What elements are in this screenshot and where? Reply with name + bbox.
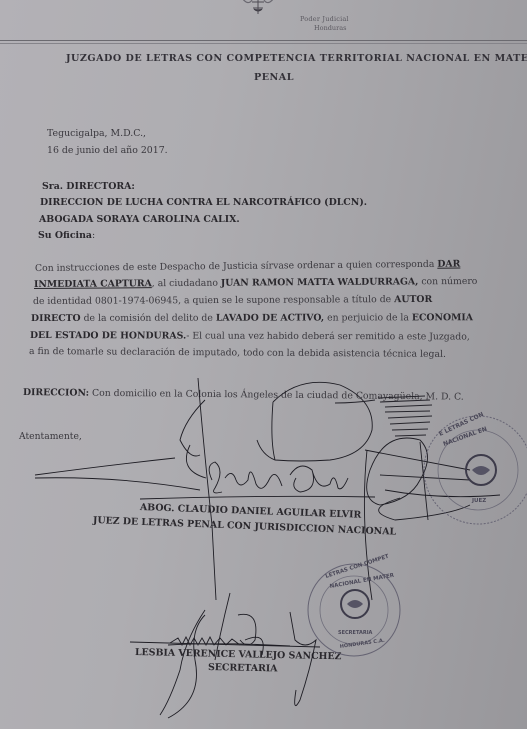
salutation: Sra. DIRECTORA: (42, 181, 135, 192)
svg-text:NACIONAL EN: NACIONAL EN (442, 426, 488, 448)
body-line-5: DEL ESTADO DE HONDURAS.- El cual una vez… (30, 330, 470, 343)
body-text: en perjuicio de la (324, 312, 412, 323)
place: Tegucigalpa, M.D.C., (47, 128, 146, 139)
ink-overlay: E LETRAS CON NACIONAL EN JUEZ LETRAS CON… (0, 0, 527, 729)
address-line: DIRECCION: Con domicilio en la Colonia l… (23, 387, 464, 403)
court-order-document: Poder Judicial Honduras JUZGADO DE LETRA… (0, 0, 527, 729)
body-text: Con instrucciones de este Despacho de Ju… (35, 259, 437, 274)
address-label: DIRECCION: (23, 387, 89, 399)
body-text: - El cual una vez habido deberá ser remi… (186, 331, 470, 343)
victim-cont: DEL ESTADO DE HONDURAS. (30, 330, 186, 342)
subject-name: JUAN RAMON MATTA WALDURRAGA, (221, 276, 419, 288)
charge-role: AUTOR (394, 294, 432, 305)
body-line-2: INMEDIATA CAPTURA, al ciudadano JUAN RAM… (34, 276, 477, 290)
addressee-organization: DIRECCION DE LUCHA CONTRA EL NARCOTRÁFIC… (40, 197, 367, 208)
svg-text:SECRETARIA: SECRETARIA (338, 630, 373, 636)
coat-of-arms-icon (238, 0, 278, 18)
order-keyword: DAR (437, 259, 460, 270)
office-suffix: : (92, 230, 95, 241)
victim: ECONOMIA (412, 312, 473, 323)
institution-country: Honduras (314, 24, 346, 32)
judge-seal-stamp-icon: E LETRAS CON NACIONAL EN JUEZ (424, 411, 527, 524)
svg-text:NACIONAL EN MATER: NACIONAL EN MATER (329, 573, 395, 590)
header-divider (0, 40, 527, 41)
addressee-name: ABOGADA SORAYA CAROLINA CALIX. (39, 214, 240, 225)
secretary-seal-stamp-icon: LETRAS CON COMPET NACIONAL EN MATER SECR… (308, 554, 400, 656)
offense: LAVADO DE ACTIVO, (216, 312, 324, 323)
header-divider-secondary (0, 43, 527, 44)
body-text: con número (418, 276, 477, 287)
addressee-office: Su Oficina: (38, 230, 95, 241)
svg-text:HONDURAS C.A.: HONDURAS C.A. (339, 638, 385, 650)
body-text: de identidad 0801-1974-06945, a quien se… (33, 294, 394, 307)
body-text: , al ciudadano (152, 278, 221, 289)
institution-name: Poder Judicial (300, 15, 349, 23)
svg-text:JUEZ: JUEZ (471, 498, 486, 504)
svg-text:E LETRAS CON: E LETRAS CON (438, 411, 485, 438)
closing: Atentamente, (19, 431, 82, 442)
body-line-3: de identidad 0801-1974-06945, a quien se… (33, 294, 432, 307)
date: 16 de junio del año 2017. (47, 145, 168, 156)
judge-signature-icon (35, 378, 500, 600)
body-line-1: Con instrucciones de este Despacho de Ju… (35, 259, 460, 274)
secretary-name: LESBIA VERENICE VALLEJO SANCHEZ (135, 647, 342, 662)
body-line-4: DIRECTO de la comisión del delito de LAV… (31, 312, 473, 324)
svg-text:LETRAS CON COMPET: LETRAS CON COMPET (325, 554, 390, 580)
charge-role-cont: DIRECTO (31, 313, 81, 324)
court-heading-line2: PENAL (254, 72, 294, 83)
body-line-6: a fin de tomarle su declaración de imput… (29, 346, 446, 360)
address-text: Con domicilio en la Colonia los Ángeles … (89, 388, 464, 403)
order-keyword-cont: INMEDIATA CAPTURA (34, 278, 152, 290)
secretary-title: SECRETARIA (208, 662, 278, 674)
court-heading-line1: JUZGADO DE LETRAS CON COMPETENCIA TERRIT… (66, 53, 527, 64)
office-label: Su Oficina (38, 230, 92, 241)
body-text: de la comisión del delito de (81, 313, 216, 324)
